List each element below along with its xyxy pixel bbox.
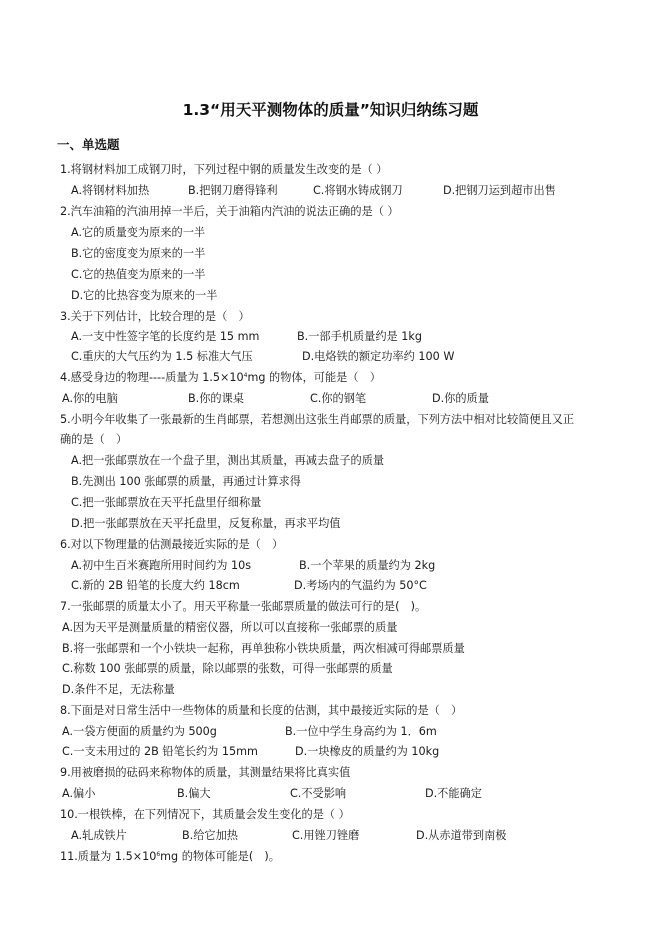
question-11-stem: 11.质量为 1.5×106mg 的物体可能是( )。	[60, 850, 280, 864]
question-7-option-b: B.将一张邮票和一个小铁块一起称，再单独称小铁块质量，两次相减可得邮票质量	[62, 642, 465, 656]
question-2-option-a: A.它的质量变为原来的一半	[71, 226, 205, 240]
question-10-option-b: B.给它加热	[182, 829, 238, 843]
question-4-option-c: C.你的钢笔	[310, 392, 366, 406]
question-9-option-d: D.不能确定	[425, 787, 482, 801]
question-3-option-a: A.一支中性签字笔的长度约是 15 mm	[71, 330, 259, 344]
question-4-option-d: D.你的质量	[432, 392, 489, 406]
question-2-stem: 2.汽车油箱的汽油用掉一半后，关于油箱内汽油的说法正确的是（ ）	[60, 205, 399, 219]
question-7-option-c: C.称数 100 张邮票的质量，除以邮票的张数，可得一张邮票的质量	[62, 662, 393, 676]
question-8-option-b: B.一位中学生身高约为 1．6m	[285, 725, 437, 739]
question-7-stem: 7.一张邮票的质量太小了。用天平称量一张邮票质量的做法可行的是( )。	[60, 600, 426, 614]
question-6-stem: 6.对以下物理量的估测最接近实际的是（ ）	[60, 538, 283, 552]
question-5-option-a: A.把一张邮票放在一个盘子里，测出其质量，再减去盘子的质量	[71, 454, 384, 468]
question-9-option-b: B.偏大	[177, 787, 211, 801]
document-title: 1.3“用天平测物体的质量”知识归纳练习题	[0, 98, 661, 120]
section-heading: 一、单选题	[57, 135, 120, 153]
question-9-stem: 9.用被磨损的砝码来称物体的质量，其测量结果将比真实值	[60, 766, 350, 780]
question-2-option-c: C.它的热值变为原来的一半	[71, 268, 205, 282]
question-8-stem: 8.下面是对日常生活中一些物体的质量和长度的估测，其中最接近实际的是（ ）	[60, 704, 462, 718]
question-4-stem: 4.感受身边的物理----质量为 1.5×104mg 的物体，可能是（ ）	[60, 371, 381, 385]
question-3-option-b: B.一部手机质量约是 1kg	[297, 330, 422, 344]
question-6-option-d: D.考场内的气温约为 50°C	[294, 579, 427, 593]
question-1-option-d: D.把钢刀运到超市出售	[443, 184, 556, 198]
question-3-option-d: D.电烙铁的额定功率约 100 W	[302, 350, 454, 364]
question-4-option-b: B.你的课桌	[188, 392, 244, 406]
question-1-option-c: C.将钢水铸成钢刀	[313, 184, 403, 198]
question-10-option-a: A.轧成铁片	[71, 829, 127, 843]
question-3-stem: 3.关于下列估计，比较合理的是（ ）	[60, 310, 250, 324]
question-6-option-a: A.初中生百米赛跑所用时间约为 10s	[71, 559, 251, 573]
question-6-option-c: C.新的 2B 铅笔的长度大约 18cm	[71, 579, 240, 593]
question-10-option-c: C.用锉刀锉磨	[292, 829, 359, 843]
question-2-option-b: B.它的密度变为原来的一半	[71, 247, 205, 261]
question-6-option-b: B.一个苹果的质量约为 2kg	[299, 559, 435, 573]
question-9-option-a: A.偏小	[62, 787, 95, 801]
question-1-option-a: A.将钢材料加热	[71, 184, 149, 198]
question-8-option-a: A.一袋方便面的质量约为 500g	[62, 725, 217, 739]
question-8-option-d: D.一块橡皮的质量约为 10kg	[295, 745, 439, 759]
question-4-stem-prefix: 4.感受身边的物理----质量为 1.5×10	[60, 371, 244, 384]
question-8-option-c: C.一支未用过的 2B 铅笔长约为 15mm	[62, 745, 258, 759]
question-5-stem-line-2: 确的是（ ）	[60, 433, 127, 447]
question-4-option-a: A.你的电脑	[62, 392, 118, 406]
question-5-option-c: C.把一张邮票放在天平托盘里仔细称量	[71, 496, 261, 510]
question-1-option-b: B.把钢刀磨得锋利	[188, 184, 278, 198]
question-10-option-d: D.从赤道带到南极	[416, 829, 506, 843]
question-7-option-d: D.条件不足，无法称量	[62, 683, 175, 697]
question-5-option-d: D.把一张邮票放在天平托盘里，反复称量，再求平均值	[71, 517, 341, 531]
question-5-option-b: B.先测出 100 张邮票的质量，再通过计算求得	[71, 475, 301, 489]
question-2-option-d: D.它的比热容变为原来的一半	[71, 289, 217, 303]
question-1-stem: 1.将钢材料加工成钢刀时，下列过程中钢的质量发生改变的是（ ）	[60, 163, 387, 177]
question-9-option-c: C.不受影响	[290, 787, 346, 801]
question-4-stem-suffix: mg 的物体，可能是（ ）	[247, 371, 380, 384]
question-3-option-c: C.重庆的大气压约为 1.5 标准大气压	[71, 350, 253, 364]
question-11-stem-suffix: mg 的物体可能是( )。	[160, 850, 280, 863]
question-7-option-a: A.因为天平是测量质量的精密仪器，所以可以直接称一张邮票的质量	[62, 621, 397, 635]
question-11-stem-prefix: 11.质量为 1.5×10	[60, 850, 156, 863]
question-5-stem-line-1: 5.小明今年收集了一张最新的生肖邮票，若想测出这张生肖邮票的质量，下列方法中相对…	[60, 413, 574, 427]
question-10-stem: 10.一根铁棒，在下列情况下，其质量会发生变化的是（ ）	[60, 808, 350, 822]
document-page: 1.3“用天平测物体的质量”知识归纳练习题 一、单选题 1.将钢材料加工成钢刀时…	[0, 0, 661, 936]
